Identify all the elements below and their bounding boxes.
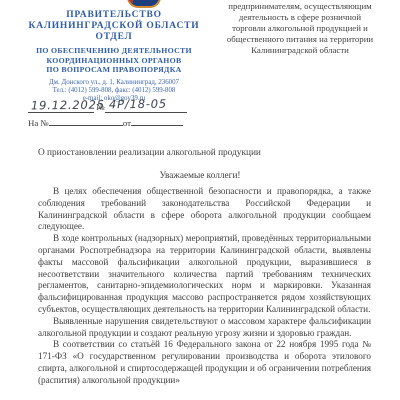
dept-line2: КООРДИНАЦИОННЫХ ОРГАНОВ [18,56,210,66]
addressee-line: торговли алкогольной продукцией и [204,23,396,34]
reply-number-blank [49,116,123,126]
reply-prefix-label: На № [28,118,49,128]
addressee-line: деятельность в сфере розничной [204,12,396,23]
addressee-block: предпринимателям, осуществляющим деятель… [204,1,396,56]
reply-date-blank [131,116,183,126]
body-paragraph-4: В соответствии со статьёй 16 Федеральног… [38,339,371,386]
document-page: ПРАВИТЕЛЬСТВО КАЛИНИНГРАДСКОЙ ОБЛАСТИ ОТ… [0,0,400,400]
letterhead: ПРАВИТЕЛЬСТВО КАЛИНИНГРАДСКОЙ ОБЛАСТИ ОТ… [18,10,210,103]
number-sign: № [96,102,105,112]
reply-from-label: от [123,118,131,128]
salutation: Уважаемые коллеги! [0,171,400,181]
letterhead-address: Дм. Донского ул., д. 1, Калининград, 236… [18,79,210,87]
date-underline [28,112,94,113]
addressee-line: Калининградской области [204,45,396,56]
letter-body: В целях обеспечения общественной безопас… [38,186,371,387]
body-paragraph-1: В целях обеспечения общественной безопас… [38,186,371,233]
number-underline [105,112,187,113]
dept-line3: ПО ВОПРОСАМ ПРАВОПОРЯДКА [18,65,210,75]
body-paragraph-3: Выявленные нарушения свидетельствуют о м… [38,316,371,340]
dept-line1: ПО ОБЕСПЕЧЕНИЮ ДЕЯТЕЛЬНОСТИ [18,46,210,56]
body-paragraph-2: В ходе контрольных (надзорных) мероприят… [38,233,371,316]
org-name-line3: ОТДЕЛ [18,32,210,43]
addressee-line: предпринимателям, осуществляющим [204,1,396,12]
handwritten-date: 19.12.2025 [31,97,105,112]
emblem-red-segment [128,0,133,3]
org-name-line2: КАЛИНИНГРАДСКОЙ ОБЛАСТИ [18,21,210,32]
handwritten-number: 4Р/18-05 [109,97,167,112]
coat-of-arms-icon [127,0,161,8]
reply-reference-line: На №от [28,116,183,128]
addressee-line: общественного питания на территории [204,34,396,45]
org-name-line1: ПРАВИТЕЛЬСТВО [18,10,210,21]
subject-line: О приостановлении реализации алкогольной… [38,148,261,158]
letterhead-phone: Тел.: (4012) 599-808, факс: (4012) 599-8… [18,87,210,95]
